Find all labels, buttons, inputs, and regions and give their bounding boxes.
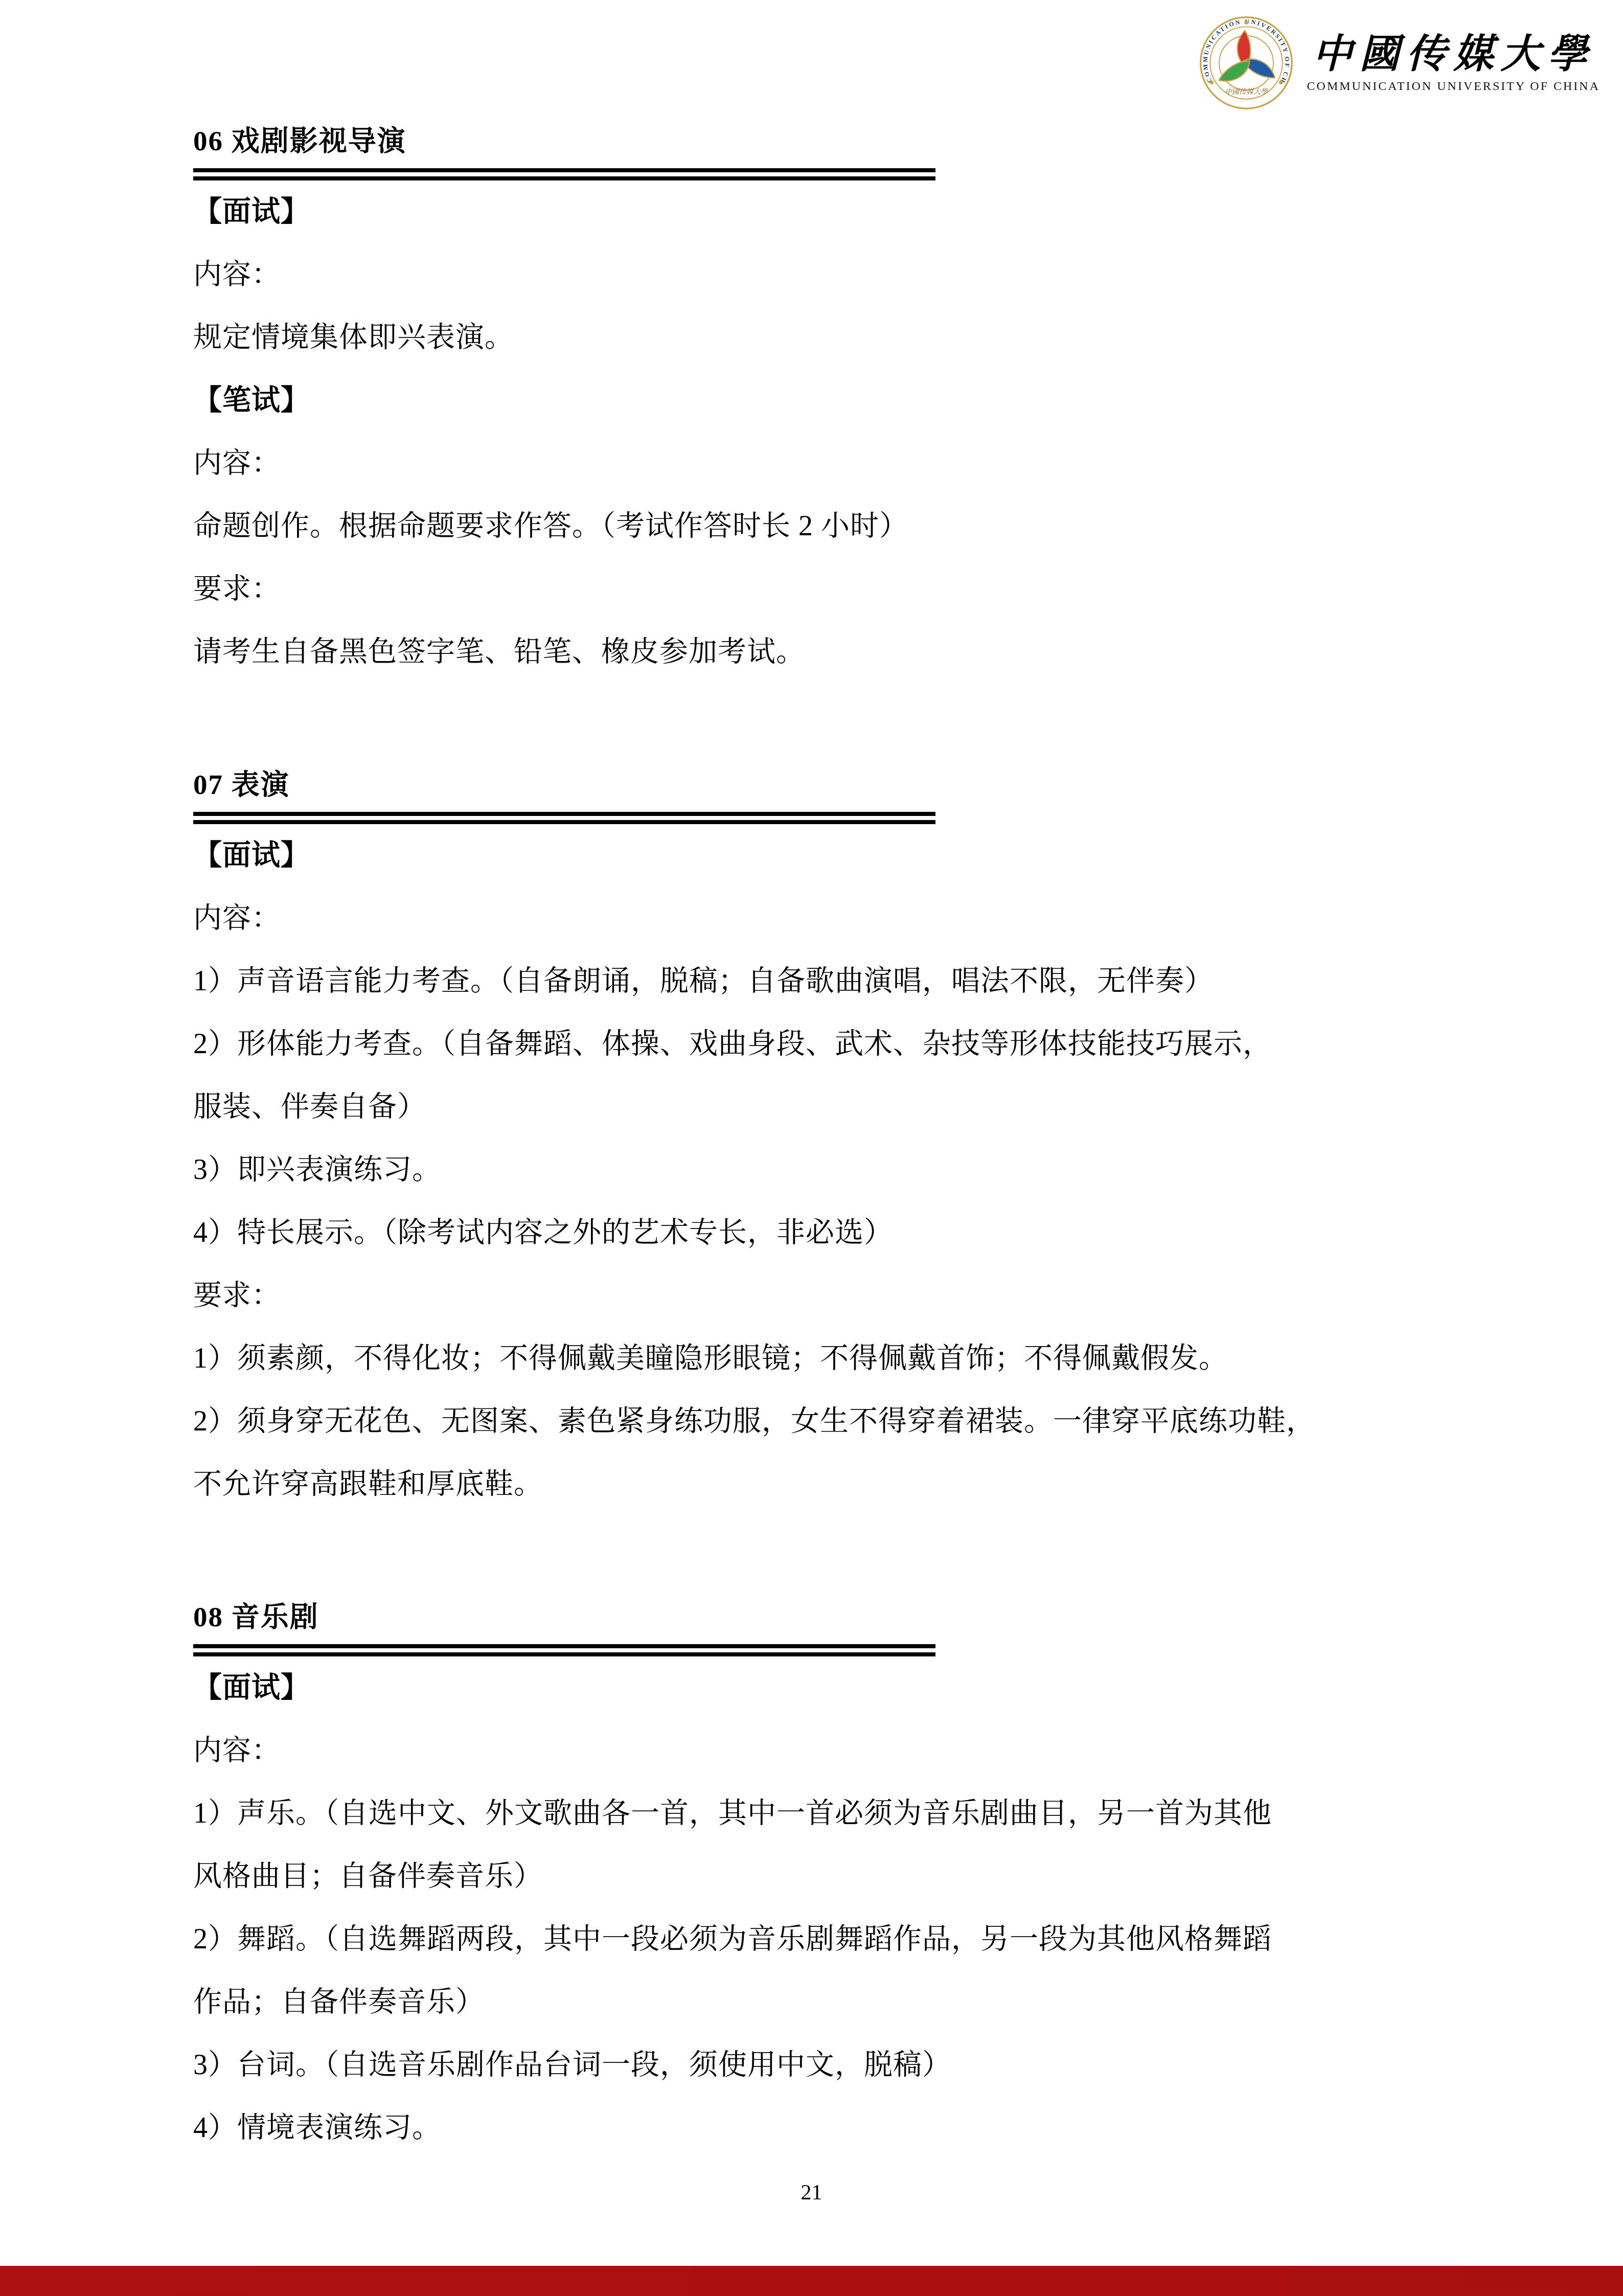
section-heading: 08 音乐剧 bbox=[193, 1598, 1454, 1636]
text-line: 不允许穿高跟鞋和厚底鞋。 bbox=[193, 1453, 1454, 1516]
cuc-seal-icon: COMMUNICATION UNIVERSITY OF CHINA 中國传媒大學 bbox=[1199, 15, 1294, 110]
section-heading: 07 表演 bbox=[193, 765, 1454, 804]
exam-section: 08 音乐剧【面试】内容：1）声乐。（自选中文、外文歌曲各一首，其中一首必须为音… bbox=[193, 1598, 1454, 2159]
section-divider-double-rule bbox=[193, 168, 935, 180]
text-line: 要求： bbox=[193, 1264, 1454, 1327]
exam-type-label: 【面试】 bbox=[193, 824, 1454, 887]
text-line: 1）声音语言能力考查。（自备朗诵，脱稿；自备歌曲演唱，唱法不限，无伴奏） bbox=[193, 950, 1454, 1013]
text-line: 要求： bbox=[193, 558, 1454, 621]
text-line: 服装、伴奏自备） bbox=[193, 1076, 1454, 1139]
text-line: 2）须身穿无花色、无图案、素色紧身练功服，女生不得穿着裙装。一律穿平底练功鞋， bbox=[193, 1390, 1454, 1453]
exam-type-label: 【笔试】 bbox=[193, 369, 1454, 432]
university-logo: COMMUNICATION UNIVERSITY OF CHINA 中國传媒大學… bbox=[1199, 15, 1600, 110]
text-line: 风格曲目；自备伴奏音乐） bbox=[193, 1845, 1454, 1908]
text-line: 3）台词。（自选音乐剧作品台词一段，须使用中文，脱稿） bbox=[193, 2034, 1454, 2097]
logo-english-name: COMMUNICATION UNIVERSITY OF CHINA bbox=[1307, 80, 1600, 94]
section-heading: 06 戏剧影视导演 bbox=[193, 122, 1454, 160]
text-line: 2）形体能力考查。（自备舞蹈、体操、戏曲身段、武术、杂技等形体技能技巧展示， bbox=[193, 1013, 1454, 1076]
text-line: 4）特长展示。（除考试内容之外的艺术专长，非必选） bbox=[193, 1201, 1454, 1264]
text-line: 命题创作。根据命题要求作答。（考试作答时长 2 小时） bbox=[193, 495, 1454, 558]
text-line: 内容： bbox=[193, 432, 1454, 495]
text-line: 3）即兴表演练习。 bbox=[193, 1139, 1454, 1201]
page-number: 21 bbox=[0, 2180, 1623, 2205]
exam-type-label: 【面试】 bbox=[193, 180, 1454, 243]
text-line: 1）声乐。（自选中文、外文歌曲各一首，其中一首必须为音乐剧曲目，另一首为其他 bbox=[193, 1782, 1454, 1845]
exam-type-label: 【面试】 bbox=[193, 1656, 1454, 1719]
document-content: 06 戏剧影视导演【面试】内容：规定情境集体即兴表演。【笔试】内容：命题创作。根… bbox=[193, 122, 1454, 2159]
document-page: COMMUNICATION UNIVERSITY OF CHINA 中國传媒大學… bbox=[0, 0, 1623, 2296]
text-line: 内容： bbox=[193, 243, 1454, 306]
text-line: 规定情境集体即兴表演。 bbox=[193, 306, 1454, 369]
footer-red-bar bbox=[0, 2266, 1623, 2296]
seal-bottom-text: 中國传媒大學 bbox=[1225, 88, 1268, 96]
exam-section: 07 表演【面试】内容：1）声音语言能力考查。（自备朗诵，脱稿；自备歌曲演唱，唱… bbox=[193, 765, 1454, 1516]
text-line: 内容： bbox=[193, 887, 1454, 950]
logo-chinese-name: 中國传媒大學 bbox=[1312, 32, 1594, 76]
text-line: 4）情境表演练习。 bbox=[193, 2097, 1454, 2159]
section-divider-double-rule bbox=[193, 1644, 935, 1656]
text-line: 作品；自备伴奏音乐） bbox=[193, 1971, 1454, 2034]
section-divider-double-rule bbox=[193, 812, 935, 824]
text-line: 2）舞蹈。（自选舞蹈两段，其中一段必须为音乐剧舞蹈作品，另一段为其他风格舞蹈 bbox=[193, 1908, 1454, 1971]
text-line: 内容： bbox=[193, 1719, 1454, 1782]
logo-text-block: 中國传媒大學 COMMUNICATION UNIVERSITY OF CHINA bbox=[1307, 32, 1600, 94]
text-line: 请考生自备黑色签字笔、铅笔、橡皮参加考试。 bbox=[193, 621, 1454, 684]
text-line: 1）须素颜，不得化妆；不得佩戴美瞳隐形眼镜；不得佩戴首饰；不得佩戴假发。 bbox=[193, 1327, 1454, 1390]
exam-section: 06 戏剧影视导演【面试】内容：规定情境集体即兴表演。【笔试】内容：命题创作。根… bbox=[193, 122, 1454, 684]
